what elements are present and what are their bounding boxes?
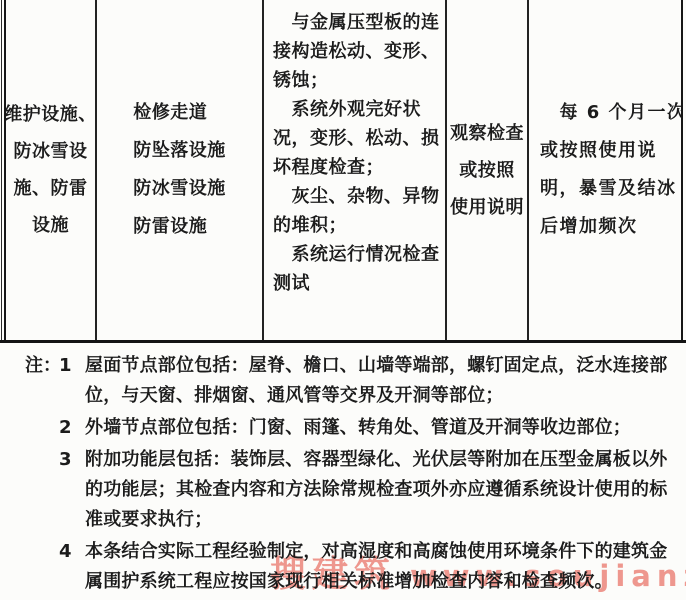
inspection-table: 维护设施、 防冰雪设 施、防雷 设施 检修走道 防坠落设施 防冰雪设施 防雷设施… (0, 0, 686, 343)
table-outer-border-line (1, 0, 2, 343)
cell-item-list-text: 检修走道 防坠落设施 防冰雪设施 防雷设施 (133, 94, 226, 246)
note-number: 2 (59, 413, 85, 443)
cell-item-category-text: 维护设施、 防冰雪设 施、防雷 设施 (6, 96, 97, 244)
note-text: 附加功能层包括：装饰层、容器型绿化、光伏层等附加在压型金属板以外 的功能层；其检… (85, 445, 673, 535)
note-number: 3 (59, 445, 85, 475)
table-bottom-border (0, 340, 686, 343)
cell-inspection-method-text: 观察检查 或按照 使用说明 (450, 115, 524, 226)
note-text: 本条结合实际工程经验制定，对高湿度和高腐蚀使用环境条件下的建筑金 属围护系统工程… (85, 537, 673, 597)
cell-inspection-method: 观察检查 或按照 使用说明 (447, 0, 529, 340)
cell-item-category: 维护设施、 防冰雪设 施、防雷 设施 (6, 0, 97, 340)
note-row: 3 附加功能层包括：装饰层、容器型绿化、光伏层等附加在压型金属板以外 的功能层；… (25, 445, 673, 535)
cell-item-list: 检修走道 防坠落设施 防冰雪设施 防雷设施 (97, 0, 264, 340)
scanned-standard-page: { "table": { "cells": [ { "name": "inspe… (0, 0, 686, 600)
cell-inspection-content: 与金属压型板的连 接构造松动、变形、 锈蚀； 系统外观完好状 况，变形、松动、损… (264, 0, 447, 340)
table-grid: 维护设施、 防冰雪设 施、防雷 设施 检修走道 防坠落设施 防冰雪设施 防雷设施… (4, 0, 683, 340)
cell-inspection-frequency: 每 6 个月一次 或按照使用说 明，暴雪及结冰 后增加频次 (529, 0, 681, 340)
note-number: 1 (59, 351, 85, 381)
note-text: 屋面节点部位包括：屋脊、檐口、山墙等端部，螺钉固定点，泛水连接部 位，与天窗、排… (85, 351, 673, 411)
note-row: 注： 1 屋面节点部位包括：屋脊、檐口、山墙等端部，螺钉固定点，泛水连接部 位，… (25, 351, 673, 411)
notes-label: 注： (25, 351, 59, 381)
note-number: 4 (59, 537, 85, 567)
cell-inspection-content-text: 与金属压型板的连 接构造松动、变形、 锈蚀； 系统外观完好状 况，变形、松动、损… (273, 8, 440, 298)
note-row: 4 本条结合实际工程经验制定，对高湿度和高腐蚀使用环境条件下的建筑金 属围护系统… (25, 537, 673, 597)
note-text: 外墙节点部位包括：门窗、雨篷、转角处、管道及开洞等收边部位； (85, 413, 673, 443)
notes-section: 注： 1 屋面节点部位包括：屋脊、檐口、山墙等端部，螺钉固定点，泛水连接部 位，… (25, 351, 673, 599)
cell-inspection-frequency-text: 每 6 个月一次 或按照使用说 明，暴雪及结冰 后增加频次 (540, 94, 681, 246)
note-row: 2 外墙节点部位包括：门窗、雨篷、转角处、管道及开洞等收边部位； (25, 413, 673, 443)
